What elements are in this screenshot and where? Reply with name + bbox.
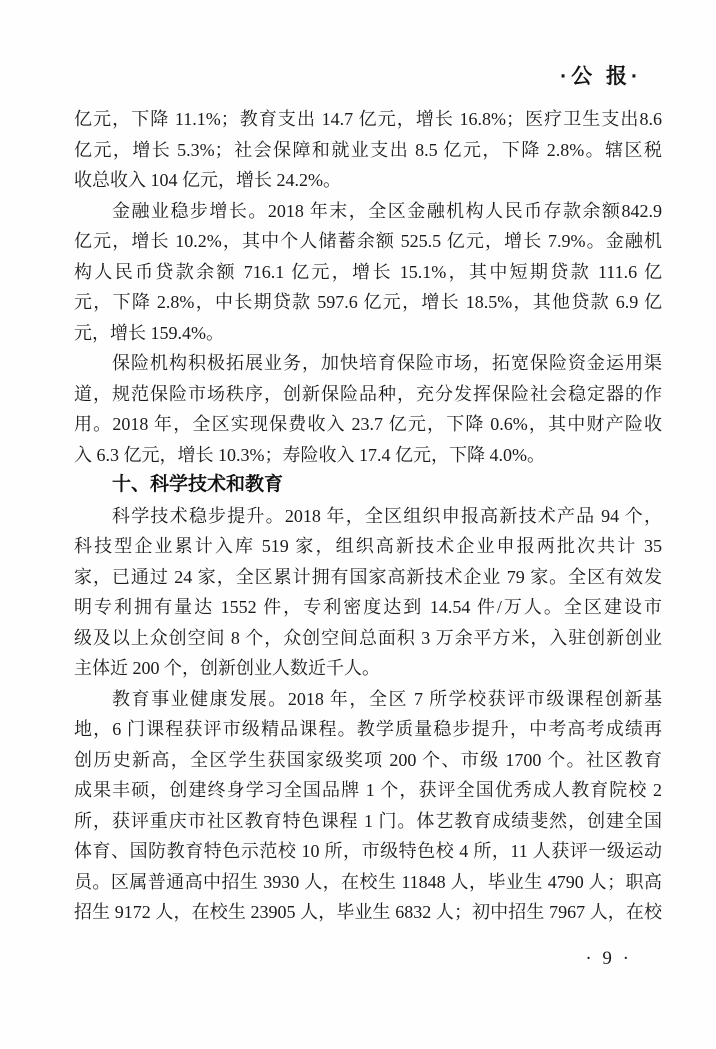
text-line: 道，规范保险市场秩序，创新保险品种，充分发挥保险社会稳定器的作 <box>74 379 662 410</box>
paragraph-education: 教育事业健康发展。2018 年，全区 7 所学校获评市级课程创新基 地，6 门课… <box>74 684 662 928</box>
text-line: 保险机构积极拓展业务，加快培育保险市场，拓宽保险资金运用渠 <box>74 348 662 379</box>
paragraph-science-technology: 科学技术稳步提升。2018 年，全区组织申报高新技术产品 94 个， 科技型企业… <box>74 501 662 684</box>
paragraph-insurance: 保险机构积极拓展业务，加快培育保险市场，拓宽保险资金运用渠 道，规范保险市场秩序… <box>74 348 662 470</box>
text-line: 所，获评重庆市社区教育特色课程 1 门。体艺教育成绩斐然，创建全国 <box>74 806 662 837</box>
text-line: 教育事业健康发展。2018 年，全区 7 所学校获评市级课程创新基 <box>74 684 662 715</box>
text-line: 科技型企业累计入库 519 家，组织高新技术企业申报两批次共计 35 <box>74 531 662 562</box>
text-line: 金融业稳步增长。2018 年末，全区金融机构人民币存款余额842.9 <box>74 196 662 227</box>
section-heading: 十、科学技术和教育 <box>74 470 662 501</box>
text-line: 收总收入 104 亿元，增长 24.2%。 <box>74 165 662 196</box>
text-line: 用。2018 年，全区实现保费收入 23.7 亿元，下降 0.6%，其中财产险收 <box>74 409 662 440</box>
text-line: 创历史新高，全区学生获国家级奖项 200 个、市级 1700 个。社区教育 <box>74 745 662 776</box>
text-line: 体育、国防教育特色示范校 10 所，市级特色校 4 所，11 人获评一级运动 <box>74 836 662 867</box>
text-line: 地，6 门课程获评市级精品课程。教学质量稳步提升，中考高考成绩再 <box>74 714 662 745</box>
paragraph-fiscal-continuation: 亿元，下降 11.1%；教育支出 14.7 亿元，增长 16.8%；医疗卫生支出… <box>74 104 662 196</box>
text-line: 构人民币贷款余额 716.1 亿元，增长 15.1%，其中短期贷款 111.6 … <box>74 257 662 288</box>
paragraph-finance: 金融业稳步增长。2018 年末，全区金融机构人民币存款余额842.9 亿元，增长… <box>74 196 662 349</box>
document-body: 亿元，下降 11.1%；教育支出 14.7 亿元，增长 16.8%；医疗卫生支出… <box>74 104 662 928</box>
text-line: 亿元，增长 10.2%，其中个人储蓄余额 525.5 亿元，增长 7.9%。金融… <box>74 226 662 257</box>
text-line: 成果丰硕，创建终身学习全国品牌 1 个，获评全国优秀成人教育院校 2 <box>74 775 662 806</box>
text-line: 员。区属普通高中招生 3930 人，在校生 11848 人，毕业生 4790 人… <box>74 867 662 898</box>
text-line: 亿元，下降 11.1%；教育支出 14.7 亿元，增长 16.8%；医疗卫生支出… <box>74 104 662 135</box>
text-line: 明专利拥有量达 1552 件，专利密度达到 14.54 件/万人。全区建设市 <box>74 592 662 623</box>
text-line: 级及以上众创空间 8 个，众创空间总面积 3 万余平方米，入驻创新创业 <box>74 623 662 654</box>
text-line: 元，增长 159.4%。 <box>74 318 662 349</box>
text-line: 主体近 200 个，创新创业人数近千人。 <box>74 653 662 684</box>
page-number: · 9 · <box>585 948 632 970</box>
text-line: 家，已通过 24 家，全区累计拥有国家高新技术企业 79 家。全区有效发 <box>74 562 662 593</box>
text-line: 招生 9172 人，在校生 23905 人，毕业生 6832 人；初中招生 79… <box>74 897 662 928</box>
text-line: 元，下降 2.8%，中长期贷款 597.6 亿元，增长 18.5%，其他贷款 6… <box>74 287 662 318</box>
text-line: 亿元，增长 5.3%；社会保障和就业支出 8.5 亿元，下降 2.8%。辖区税 <box>74 135 662 166</box>
running-header: ·公 报· <box>560 60 642 90</box>
text-line: 科学技术稳步提升。2018 年，全区组织申报高新技术产品 94 个， <box>74 501 662 532</box>
document-page: ·公 报· 亿元，下降 11.1%；教育支出 14.7 亿元，增长 16.8%；… <box>0 0 716 1049</box>
text-line: 入 6.3 亿元，增长 10.3%；寿险收入 17.4 亿元，下降 4.0%。 <box>74 440 662 471</box>
